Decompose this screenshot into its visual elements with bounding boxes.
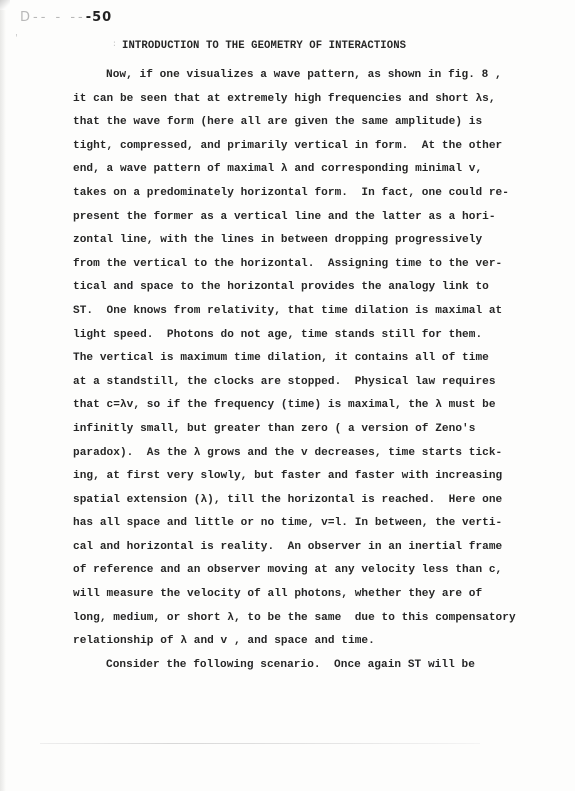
text-line: Consider the following scenario. Once ag… xyxy=(73,654,553,678)
page-number-value: -50 xyxy=(86,10,113,25)
page-number: D-- - ---50 xyxy=(20,10,112,25)
margin-mark: ' xyxy=(14,34,19,43)
text-line: spatial extension (λ), till the horizont… xyxy=(73,489,553,513)
text-line: that the wave form (here all are given t… xyxy=(73,111,553,135)
scan-left-edge-shadow xyxy=(0,0,6,791)
text-line: light speed. Photons do not age, time st… xyxy=(73,324,553,348)
text-line: takes on a predominately horizontal form… xyxy=(73,182,553,206)
text-line: of reference and an observer moving at a… xyxy=(73,559,553,583)
text-line: zontal line, with the lines in between d… xyxy=(73,229,553,253)
text-line: will measure the velocity of all photons… xyxy=(73,583,553,607)
text-line: end, a wave pattern of maximal λ and cor… xyxy=(73,158,553,182)
body-text: Now, if one visualizes a wave pattern, a… xyxy=(73,64,553,677)
text-line: that c=λv, so if the frequency (time) is… xyxy=(73,394,553,418)
text-line: ST. One knows from relativity, that time… xyxy=(73,300,553,324)
text-line: paradox). As the λ grows and the v decre… xyxy=(73,442,553,466)
text-line: it can be seen that at extremely high fr… xyxy=(73,88,553,112)
text-line: present the former as a vertical line an… xyxy=(73,206,553,230)
text-line: relationship of λ and v , and space and … xyxy=(73,630,553,654)
text-line: at a standstill, the clocks are stopped.… xyxy=(73,371,553,395)
text-line: The vertical is maximum time dilation, i… xyxy=(73,347,553,371)
text-line: tight, compressed, and primarily vertica… xyxy=(73,135,553,159)
page-heading: INTRODUCTION TO THE GEOMETRY OF INTERACT… xyxy=(122,40,406,52)
scan-bottom-artifact-line xyxy=(40,743,480,744)
text-line: long, medium, or short λ, to be the same… xyxy=(73,607,553,631)
text-line: tical and space to the horizontal provid… xyxy=(73,276,553,300)
text-line: ing, at first very slowly, but faster an… xyxy=(73,465,553,489)
margin-mark: : xyxy=(112,40,117,49)
text-line: cal and horizontal is reality. An observ… xyxy=(73,536,553,560)
document-page: D-- - ---50 ' : INTRODUCTION TO THE GEOM… xyxy=(0,0,575,791)
page-number-prefix: D-- - -- xyxy=(20,10,86,25)
scan-corner-mark xyxy=(0,0,10,10)
text-line: has all space and little or no time, v=l… xyxy=(73,512,553,536)
text-line: Now, if one visualizes a wave pattern, a… xyxy=(73,64,553,88)
text-line: infinitly small, but greater than zero (… xyxy=(73,418,553,442)
text-line: from the vertical to the horizontal. Ass… xyxy=(73,253,553,277)
